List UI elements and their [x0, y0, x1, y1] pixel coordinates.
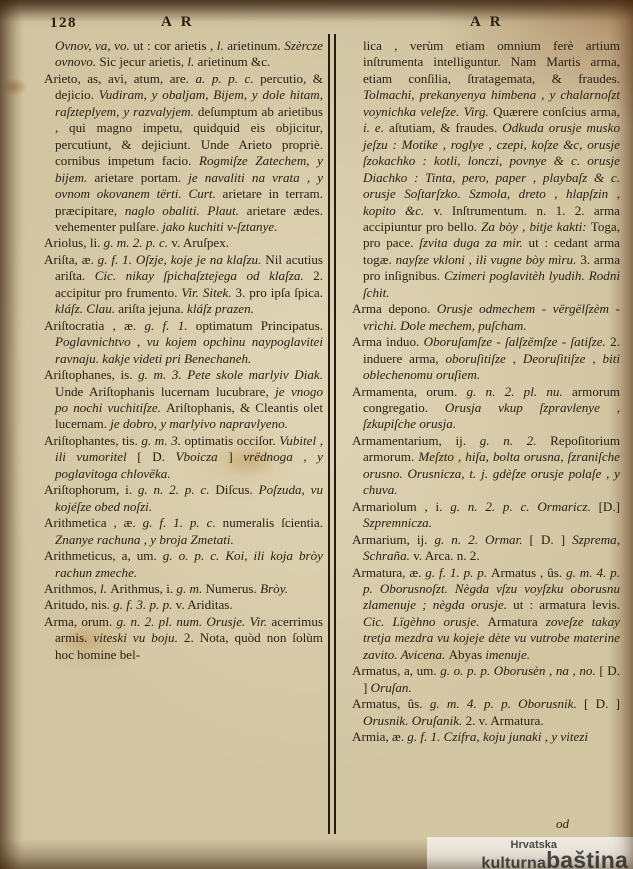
text-run: Armatus , ûs.	[491, 565, 566, 580]
entry-continuation: lica , verùm etiam omnium ferè artium in…	[352, 38, 620, 301]
text-run: 3. pro ipſa ſpica.	[236, 285, 323, 300]
text-run: Armatura, æ.	[352, 565, 425, 580]
text-run: lica , verùm etiam omnium ferè artium in…	[363, 38, 620, 86]
text-run: je dobro, y marlyivo napravlyeno.	[110, 416, 288, 431]
text-run: 2. v. Armatura.	[466, 713, 544, 728]
dictionary-entry: Arieto, as, avi, atum, are. a. p. p. c. …	[44, 71, 323, 236]
text-run: l.	[100, 581, 110, 596]
text-run: Ariſtophantes, tis.	[44, 433, 141, 448]
dictionary-entry: Armamenta, orum. g. n. 2. pl. nu. armoru…	[352, 384, 620, 433]
text-run: Arithmos,	[44, 581, 100, 596]
text-run: Cic. Lïgèhno orusje.	[363, 614, 488, 629]
text-run: ut : cor arietis ,	[130, 38, 217, 53]
text-run: ut : armatura levis.	[513, 597, 620, 612]
dictionary-entry: Armia, æ. g. f. 1. Czifra, koju junaki ,…	[352, 729, 620, 745]
text-run: Diſcus.	[215, 482, 258, 497]
text-run: Armatus, ûs.	[352, 696, 430, 711]
text-run: Oruſan.	[371, 680, 412, 695]
text-run: Ariolus, li.	[44, 235, 104, 250]
text-run: Armatus, a, um.	[352, 663, 440, 678]
text-run: Abyas	[449, 647, 486, 662]
text-run: naglo obaliti. Plaut.	[125, 203, 247, 218]
text-run: Arma, orum.	[44, 614, 116, 629]
text-run: Numerus.	[206, 581, 261, 596]
text-run: numeralis ſcientia.	[223, 515, 323, 530]
text-run: Vboicza	[176, 449, 229, 464]
text-run: Armatura	[488, 614, 546, 629]
dictionary-entry: Arma, orum. g. n. 2. pl. num. Orusje. Vi…	[44, 614, 323, 663]
text-run: g. m. 4. p. p. Oborusnik.	[430, 696, 584, 711]
text-run: ſzvita duga za mir.	[419, 235, 528, 250]
text-run: Bròy.	[260, 581, 288, 596]
dictionary-entry: Ariſtophanes, is. g. m. 3. Pete skole ma…	[44, 367, 323, 433]
dictionary-entry: Armamentarium, ij. g. n. 2. Repoſitorium…	[352, 433, 620, 499]
text-run: kláſz. Clau.	[55, 301, 118, 316]
text-run: optimatum Principatus.	[196, 318, 323, 333]
dictionary-entry: Arma depono. Orusje odmechem - vërgëlſzè…	[352, 301, 620, 334]
text-run: Arithmeticus, a, um.	[44, 548, 163, 563]
text-run: jako kuchiti v-ſztanye.	[162, 219, 277, 234]
text-run: g. n. 2. pl. nu.	[466, 384, 572, 399]
text-run: Armamentarium, ij.	[352, 433, 480, 448]
text-run: imenuje.	[485, 647, 530, 662]
text-run: Sic jecur arietis,	[96, 54, 187, 69]
dictionary-entry: Ariſta, æ. g. f. 1. Oſzje, koje je na kl…	[44, 252, 323, 318]
text-run: aſtutiam, & fraudes.	[389, 120, 502, 135]
text-run: nayſze vkloni , ili vugne bòy mìru.	[396, 252, 581, 267]
text-run: g. f. 1. Czifra, koju junaki , y vitezi	[407, 729, 588, 744]
text-run: ariſta jejuna.	[118, 301, 187, 316]
text-run: Arithmus, i.	[110, 581, 176, 596]
text-run: g. n. 2. pl. num. Orusje. Vir.	[116, 614, 271, 629]
text-column-right: lica , verùm etiam omnium ferè artium in…	[352, 38, 620, 745]
dictionary-entry: Armariolum , i. g. n. 2. p. c. Ormaricz.…	[352, 499, 620, 532]
text-run: ]	[228, 449, 243, 464]
dictionary-entry: Arithmos, l. Arithmus, i. g. m. Numerus.…	[44, 581, 323, 597]
text-run: l.	[217, 38, 224, 53]
text-run: g. m. 3.	[141, 433, 184, 448]
dictionary-entry: Armatura, æ. g. f. 1. p. p. Armatus , ûs…	[352, 565, 620, 664]
dictionary-entry: Armatus, ûs. g. m. 4. p. p. Oborusnik. […	[352, 696, 620, 729]
text-run: Szpremnicza.	[363, 515, 432, 530]
text-run: Oboruſamſze - ſalſzëmſze - ſatiſze.	[424, 334, 611, 349]
text-run: Cic. nikay ſpichaſztejega od klaſza.	[95, 268, 313, 283]
watermark-word-kulturna: kulturna	[481, 855, 546, 869]
text-run: g. o. p. p. Oborusèn , na , no.	[440, 663, 599, 678]
text-run: [ D. ]	[584, 696, 620, 711]
text-run: Za bòy , bitje kakti:	[481, 219, 591, 234]
paper-stain	[2, 78, 28, 96]
dictionary-entry: Arithmetica , æ. g. f. 1. p. c. numerali…	[44, 515, 323, 548]
text-run: Ovnov, va, vo.	[55, 38, 130, 53]
text-run: [ D. ]	[530, 532, 573, 547]
text-column-left: Ovnov, va, vo. ut : cor arietis , l. ari…	[44, 38, 323, 663]
text-run: Ariſtophanes, is.	[44, 367, 138, 382]
text-run: g. n. 2. p. c. Ormaricz.	[450, 499, 598, 514]
text-run: Znanye rachuna , y broja Zmetati.	[55, 532, 234, 547]
text-run: a. p. p. c.	[195, 71, 260, 86]
dictionary-entry: Ariolus, li. g. m. 2. p. c. v. Aruſpex.	[44, 235, 323, 251]
text-run: Arithmetica , æ.	[44, 515, 143, 530]
entry-continuation: Ovnov, va, vo. ut : cor arietis , l. ari…	[44, 38, 323, 71]
book-page: 128 A R A R Ovnov, va, vo. ut : cor arie…	[0, 0, 633, 869]
text-run: Poglavnichtvo , vu kojem opchinu naypogl…	[55, 334, 323, 365]
text-run: Armarium, ij.	[352, 532, 434, 547]
page-number: 128	[50, 15, 77, 32]
dictionary-entry: Armatus, a, um. g. o. p. p. Oborusèn , n…	[352, 663, 620, 696]
dictionary-entry: Arithmeticus, a, um. g. o. p. c. Koi, il…	[44, 548, 323, 581]
text-run: optimatis occiſor.	[184, 433, 279, 448]
text-run: viteski vu boju.	[93, 630, 183, 645]
text-run: Vir. Sitek.	[181, 285, 235, 300]
text-run: Armia, æ.	[352, 729, 407, 744]
text-run: arietinum &c.	[194, 54, 270, 69]
running-head-right: A R	[470, 14, 504, 31]
text-run: g. m. 3. Pete skole marlyiv Diak.	[138, 367, 323, 382]
text-run: g. f. 1.	[144, 318, 195, 333]
watermark-hrvatska-kulturna-bastina: Hrvatska kulturnabaština	[427, 837, 633, 869]
text-run: g. n. 2.	[480, 433, 550, 448]
text-run: Ariſtocratia , æ.	[44, 318, 144, 333]
text-run: Arma induo.	[352, 334, 424, 349]
text-run: Orusnik. Oruſanik.	[363, 713, 466, 728]
text-run: v. Aruſpex.	[171, 235, 229, 250]
running-head-left: A R	[161, 14, 195, 31]
text-run: arietinum.	[224, 38, 285, 53]
text-run: Unde Ariſtophanis lucernam lucubrare,	[55, 384, 275, 399]
text-run: i. e.	[363, 120, 389, 135]
column-divider-rule	[328, 34, 336, 834]
text-run: [D.]	[599, 499, 620, 514]
text-run: Arma depono.	[352, 301, 437, 316]
text-run: g. m. 2. p. c.	[104, 235, 172, 250]
text-run: Armariolum , i.	[352, 499, 450, 514]
text-run: Aritudo, nis.	[44, 597, 113, 612]
dictionary-entry: Arma induo. Oboruſamſze - ſalſzëmſze - ſ…	[352, 334, 620, 383]
text-run: Arieto, as, avi, atum, are.	[44, 71, 195, 86]
text-run: g. n. 2. Ormar.	[434, 532, 529, 547]
text-run: Ariſta, æ.	[44, 252, 98, 267]
dictionary-entry: Ariſtophantes, tis. g. m. 3. optimatis o…	[44, 433, 323, 482]
dictionary-entry: Aritudo, nis. g. f. 3. p. p. v. Ariditas…	[44, 597, 323, 613]
text-run: Quærere conſcius arma,	[493, 104, 620, 119]
dictionary-entry: Ariſtophorum, i. g. n. 2. p. c. Diſcus. …	[44, 482, 323, 515]
text-run: g. n. 2. p. c.	[138, 482, 216, 497]
text-run: g. f. 3. p. p.	[113, 597, 176, 612]
text-run: arietare portam.	[94, 170, 188, 185]
dictionary-entry: Ariſtocratia , æ. g. f. 1. optimatum Pri…	[44, 318, 323, 367]
text-run: g. m.	[176, 581, 205, 596]
text-run: Armamenta, orum.	[352, 384, 466, 399]
text-run: g. f. 1. Oſzje, koje je na klaſzu.	[98, 252, 266, 267]
text-run: [ D.	[137, 449, 175, 464]
text-run: g. f. 1. p. p.	[425, 565, 491, 580]
text-run: v. Ariditas.	[176, 597, 233, 612]
text-run: v. Arca. n. 2.	[413, 548, 479, 563]
text-run: g. f. 1. p. c.	[143, 515, 223, 530]
dictionary-entry: Armarium, ij. g. n. 2. Ormar. [ D. ] Szp…	[352, 532, 620, 565]
catchword: od	[556, 816, 569, 832]
text-run: kláſz prazen.	[187, 301, 254, 316]
text-run: Ariſtophorum, i.	[44, 482, 138, 497]
watermark-word-bastina: baština	[546, 847, 628, 869]
